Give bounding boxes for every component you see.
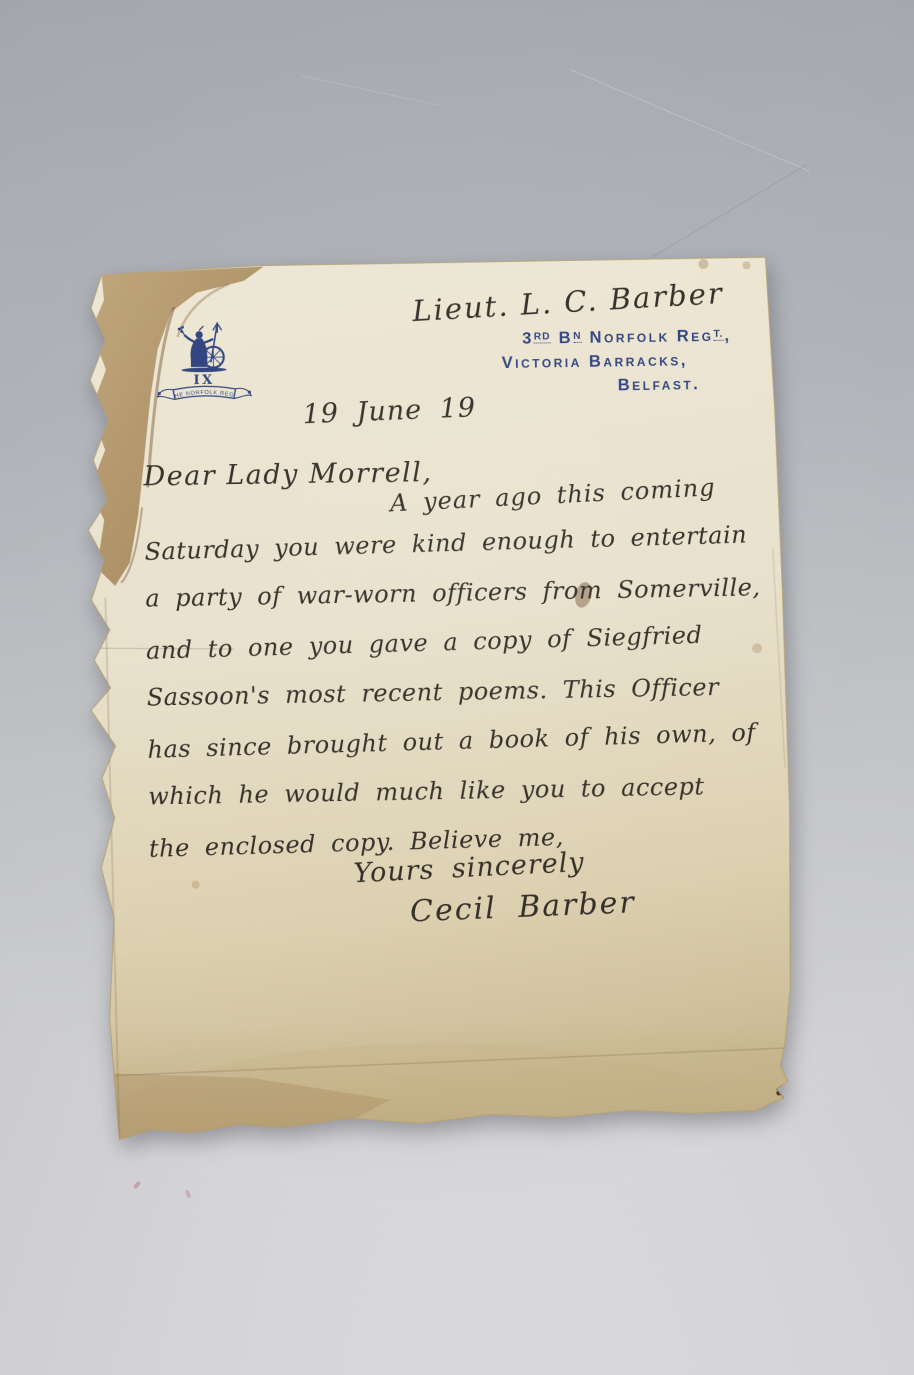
salutation: Dear Lady Morrell, <box>143 457 432 492</box>
regiment-comma: , <box>724 327 731 345</box>
pink-mark <box>133 1181 141 1190</box>
regiment-sup: T. <box>713 329 723 341</box>
regimental-crest-icon: IX THE NORFOLK REGT <box>151 316 256 410</box>
background-scratch <box>653 164 808 258</box>
printed-letterhead: 3RD BN Norfolk RegT., Victoria Barracks,… <box>419 323 732 401</box>
regiment-name: Norfolk Reg <box>582 327 713 347</box>
letter-body: Saturday you were kind enough to enterta… <box>144 524 789 880</box>
date-line: 19 June 19 <box>302 392 477 430</box>
battalion-letter: B <box>551 329 573 347</box>
photo-background: IX THE NORFOLK REGT Lieut. L. C. Barber … <box>0 0 914 1375</box>
battalion-sup: N <box>573 331 582 343</box>
letterhead-officer-name: Lieut. L. C. Barber <box>411 276 724 328</box>
background-scratch <box>570 69 810 172</box>
background-scratch <box>301 75 438 105</box>
pink-mark <box>185 1190 191 1199</box>
letter-paper: IX THE NORFOLK REGT Lieut. L. C. Barber … <box>78 248 803 1163</box>
regiment-ordinal: RD <box>534 331 551 343</box>
regiment-number: 3 <box>522 330 534 348</box>
signature: Cecil Barber <box>409 885 636 929</box>
body-opening-phrase: A year ago this coming <box>389 473 716 517</box>
